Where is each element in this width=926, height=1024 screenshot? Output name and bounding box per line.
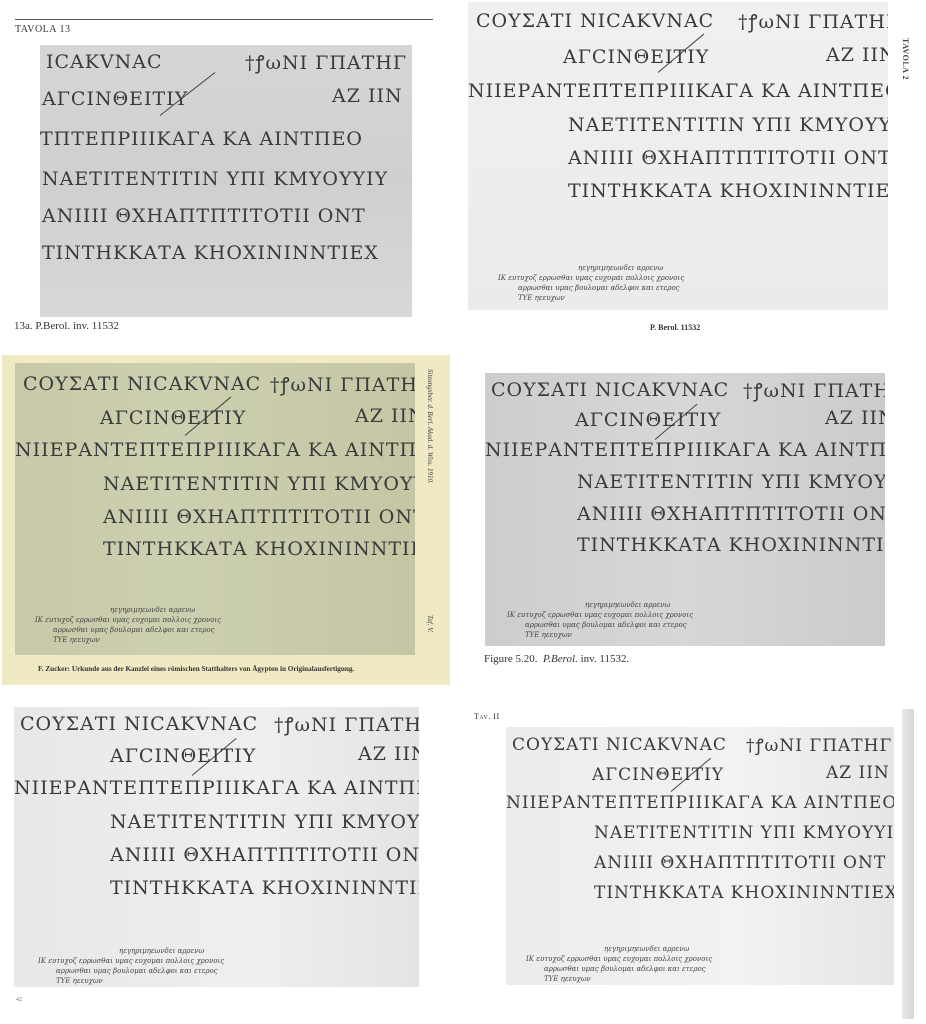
- script-line: ΑΝΙΙΙΙ ΘΧΗΑΠΤΠΤΙΤΟΤΙΙ ΟΝΤ: [594, 853, 886, 873]
- plate-figure-5-20: COΥΣΑΤΙ ΝΙCΑΚVΝΑC †ꝭωΝΙ ΓΠΑΤΗΓ ΑΓCΙΝΘΕΙΤ…: [470, 360, 926, 680]
- script-line: ΑΓCΙΝΘΕΙΤΙΥ: [563, 46, 709, 68]
- plate-page-42: COΥΣΑΤΙ ΝΙCΑΚVΝΑC †ꝭωΝΙ ΓΠΑΤΗΓ ΑΓCΙΝΘΕΙΤ…: [0, 695, 460, 1024]
- header-rule: [15, 19, 433, 20]
- plate-caption: 13a. P.Berol. inv. 11532: [14, 320, 119, 332]
- script-line: ΝΙΙΕΡΑΝΤΕΠΤΕΠΡΙΙΙΚΑΓΑ ΚΑ ΑΙΝΤΠΕΟ: [15, 439, 415, 461]
- script-line: ΤΙΝΤΗΚΚΑΤΑ ΚΗΟΧΙΝΙΝΝΤΙΕΧ: [568, 180, 888, 202]
- cursive-line: ΤΥΕ ηεευχων: [525, 631, 572, 639]
- plate-zucker: COΥΣΑΤΙ ΝΙCΑΚVΝΑC †ꝭωΝΙ ΓΠΑΤΗΓ ΑΓCΙΝΘΕΙΤ…: [2, 355, 450, 685]
- script-line: ICAΚVΝΑC: [46, 51, 163, 73]
- script-line: ΝΑΕΤΙΤΕΝΤΙΤΙΝ ΥΠΙ ΚΜΥΟΥΥΙΥ: [594, 823, 894, 843]
- script-line: ΝΑΕΤΙΤΕΝΤΙΤΙΝ ΥΠΙ ΚΜΥΟΥΥΙΥ: [568, 114, 888, 136]
- figure-collection: P.Berol.: [543, 653, 578, 665]
- plate-tav-ii: Tav. II COΥΣΑΤΙ ΝΙCΑΚVΝΑC †ꝭωΝΙ ΓΠΑΤΗΓ Α…: [462, 695, 926, 1024]
- cursive-line: ΙΚ ευτυχοζ ερρωσθαι υμας ευχομαι πολλοις…: [38, 957, 224, 965]
- script-line: †ꝭωΝΙ ΓΠΑΤΗΓ: [738, 8, 888, 34]
- plate-caption: P. Berol. 11532: [650, 323, 700, 332]
- script-line: COΥΣΑΤΙ ΝΙCΑΚVΝΑC: [491, 379, 729, 401]
- cursive-line: ΙΚ ευτυχοζ ερρωσθαι υμας ευχομαι πολλοις…: [35, 616, 221, 624]
- script-line: COΥΣΑΤΙ ΝΙCΑΚVΝΑC: [476, 10, 714, 32]
- page-number: 42: [16, 997, 22, 1003]
- cursive-line: αρρωσθαι υμας βουλομαι αδελφοι και ετερο…: [53, 626, 215, 634]
- script-line: ΑΝΙΙΙΙ ΘΧΗΑΠΤΠΤΙΤΟΤΙΙ ΟΝΤ: [110, 844, 419, 866]
- script-line: COΥΣΑΤΙ ΝΙCΑΚVΝΑC: [20, 713, 258, 735]
- papyrus-photo: ICAΚVΝΑC †ꝭωΝΙ ΓΠΑΤΗΓ ΑΓCΙΝΘΕΙΤΙΥ ΑΖ ΙΙΝ…: [40, 45, 412, 317]
- script-line: ΑΓCΙΝΘΕΙΤΙΥ: [110, 745, 256, 767]
- figure-number: Figure 5.20.: [484, 653, 537, 665]
- cursive-line: αρρωσθαι υμας βουλομαι αδελφοι και ετερο…: [525, 621, 687, 629]
- side-plate-label: TAVOLA 2: [901, 38, 910, 80]
- script-line: ΤΙΝΤΗΚΚΑΤΑ ΚΗΟΧΙΝΙΝΝΤΙΕΧ: [577, 534, 885, 556]
- cursive-line: αρρωσθαι υμας βουλομαι αδελφοι και ετερο…: [518, 284, 680, 292]
- script-line: ΝΑΕΤΙΤΕΝΤΙΤΙΝ ΥΠΙ ΚΜΥΟΥΥΙΥ: [103, 473, 415, 495]
- script-line: ΑΝΙΙΙΙ ΘΧΗΑΠΤΠΤΙΤΟΤΙΙ ΟΝΤ: [577, 503, 885, 525]
- plate-caption: F. Zucker: Urkunde aus der Kanzlei eines…: [38, 665, 354, 673]
- script-line: †ꝭωΝΙ ΓΠΑΤΗΓ: [274, 711, 419, 737]
- script-line: ΑΖ ΙΙΝ: [826, 763, 890, 783]
- script-line: †ꝭωΝΙ ΓΠΑΤΗΓ: [270, 371, 415, 397]
- cursive-line: ΙΚ ευτυχοζ ερρωσθαι υμας ευχομαι πολλοις…: [498, 274, 684, 282]
- script-line: ΝΙΙΕΡΑΝΤΕΠΤΕΠΡΙΙΙΚΑΓΑ ΚΑ ΑΙΝΤΠΕΟ: [506, 793, 894, 813]
- plate-header-label: TAVOLA 13: [15, 24, 70, 35]
- papyrus-photo: COΥΣΑΤΙ ΝΙCΑΚVΝΑC †ꝭωΝΙ ΓΠΑΤΗΓ ΑΓCΙΝΘΕΙΤ…: [485, 373, 885, 646]
- page-shadow-edge: [902, 709, 914, 1019]
- plate-tavola-2: COΥΣΑΤΙ ΝΙCΑΚVΝΑC †ꝭωΝΙ ΓΠΑΤΗΓ ΑΓCΙΝΘΕΙΤ…: [462, 0, 926, 345]
- script-line: ΑΓCΙΝΘΕΙΤΙΥ: [42, 88, 188, 110]
- cursive-line: ΙΚ ευτυχοζ ερρωσθαι υμας ευχομαι πολλοις…: [526, 955, 712, 963]
- cursive-line: ΤΥΕ ηεευχων: [56, 977, 103, 985]
- cursive-line: αρρωσθαι υμας βουλομαι αδελφοι και ετερο…: [56, 967, 218, 975]
- script-line: ΑΖ ΙΙΝ: [332, 85, 403, 107]
- script-line: ΑΖ ΙΙΝ: [358, 743, 419, 765]
- plate-tavola-13: TAVOLA 13 ICAΚVΝΑC †ꝭωΝΙ ΓΠΑΤΗΓ ΑΓCΙΝΘΕΙ…: [0, 0, 450, 345]
- journal-side-caption: Sitzungsber. d. Berl. Akad. d. Wiss. 191…: [426, 369, 434, 484]
- script-line: ΑΓCΙΝΘΕΙΤΙΥ: [100, 407, 246, 429]
- script-line: ΑΝΙΙΙΙ ΘΧΗΑΠΤΠΤΙΤΟΤΙΙ ΟΝΤ: [103, 506, 415, 528]
- script-line: COΥΣΑΤΙ ΝΙCΑΚVΝΑC: [23, 373, 261, 395]
- cursive-line: ηεγηριμηεωνδει αρρενω: [604, 945, 689, 953]
- script-line: ΤΙΝΤΗΚΚΑΤΑ ΚΗΟΧΙΝΙΝΝΤΙΕΧ: [42, 242, 379, 264]
- cursive-line: ΤΥΕ ηεευχων: [53, 636, 100, 644]
- papyrus-photo: COΥΣΑΤΙ ΝΙCΑΚVΝΑC †ꝭωΝΙ ΓΠΑΤΗΓ ΑΓCΙΝΘΕΙΤ…: [14, 707, 419, 987]
- script-line: ΝΑΕΤΙΤΕΝΤΙΤΙΝ ΥΠΙ ΚΜΥΟΥΥΙΥ: [110, 811, 419, 833]
- cursive-line: ΤΥΕ ηεευχων: [544, 975, 591, 983]
- script-line: ΑΖ ΙΙΝ: [825, 407, 885, 429]
- papyrus-photo: COΥΣΑΤΙ ΝΙCΑΚVΝΑC †ꝭωΝΙ ΓΠΑΤΗΓ ΑΓCΙΝΘΕΙΤ…: [15, 363, 415, 655]
- cursive-line: ΤΥΕ ηεευχων: [518, 294, 565, 302]
- script-line: ΑΖ ΙΙΝ: [826, 44, 888, 66]
- script-line: ΑΓCΙΝΘΕΙΤΙΥ: [575, 409, 721, 431]
- script-line: ΑΓCΙΝΘΕΙΤΙΥ: [592, 765, 724, 785]
- papyrus-photo: COΥΣΑΤΙ ΝΙCΑΚVΝΑC †ꝭωΝΙ ΓΠΑΤΗΓ ΑΓCΙΝΘΕΙΤ…: [468, 2, 888, 310]
- script-line: ΤΠΤΕΠΡΙΙΙΚΑΓΑ ΚΑ ΑΙΝΤΠΕΟ: [40, 128, 363, 150]
- cursive-line: ηεγηριμηεωνδει αρρενω: [110, 606, 195, 614]
- script-line: †ꝭωΝΙ ΓΠΑΤΗΓ: [746, 733, 892, 756]
- script-line: ΝΙΙΕΡΑΝΤΕΠΤΕΠΡΙΙΙΚΑΓΑ ΚΑ ΑΙΝΤΠΕΟ: [14, 777, 419, 799]
- figure-caption: Figure 5.20. P.Berol. inv. 11532.: [484, 653, 629, 665]
- cursive-line: ηεγηριμηεωνδει αρρενω: [585, 601, 670, 609]
- plate-header-label: Tav. II: [474, 712, 500, 721]
- script-line: ΝΙΙΕΡΑΝΤΕΠΤΕΠΡΙΙΙΚΑΓΑ ΚΑ ΑΙΝΤΠΕΟ: [468, 80, 888, 102]
- script-line: ΤΙΝΤΗΚΚΑΤΑ ΚΗΟΧΙΝΙΝΝΤΙΕΧ: [110, 877, 419, 899]
- script-line: ΝΑΕΤΙΤΕΝΤΙΤΙΝ ΥΠΙ ΚΜΥΟΥΥΙΥ: [577, 471, 885, 493]
- script-line: †ꝭωΝΙ ΓΠΑΤΗΓ: [743, 377, 885, 403]
- papyrus-photo: COΥΣΑΤΙ ΝΙCΑΚVΝΑC †ꝭωΝΙ ΓΠΑΤΗΓ ΑΓCΙΝΘΕΙΤ…: [506, 727, 894, 985]
- script-line: ΤΙΝΤΗΚΚΑΤΑ ΚΗΟΧΙΝΙΝΝΤΙΕΧ: [594, 883, 894, 903]
- script-line: ΑΝΙΙΙΙ ΘΧΗΑΠΤΠΤΙΤΟΤΙΙ ΟΝΤ: [568, 147, 888, 169]
- figure-inventory: inv. 11532.: [581, 653, 630, 665]
- script-line: ΤΙΝΤΗΚΚΑΤΑ ΚΗΟΧΙΝΙΝΝΤΙΕΧ: [103, 538, 415, 560]
- script-line: ΝΙΙΕΡΑΝΤΕΠΤΕΠΡΙΙΙΚΑΓΑ ΚΑ ΑΙΝΤΠΕΟ: [485, 439, 885, 461]
- script-line: COΥΣΑΤΙ ΝΙCΑΚVΝΑC: [512, 735, 727, 755]
- cursive-line: ηεγηριμηεωνδει αρρενω: [578, 264, 663, 272]
- script-line: ΑΖ ΙΙΝ: [355, 405, 415, 427]
- script-line: ΝΑΕΤΙΤΕΝΤΙΤΙΝ ΥΠΙ ΚΜΥΟΥΥΙΥ: [42, 168, 388, 190]
- script-line: ΑΝΙΙΙΙ ΘΧΗΑΠΤΠΤΙΤΟΤΙΙ ΟΝΤ: [42, 205, 366, 227]
- cursive-line: ΙΚ ευτυχοζ ερρωσθαι υμας ευχομαι πολλοις…: [507, 611, 693, 619]
- cursive-line: ηεγηριμηεωνδει αρρενω: [119, 947, 204, 955]
- plate-number-label: Taf. V.: [426, 615, 434, 632]
- script-line: †ꝭωΝΙ ΓΠΑΤΗΓ: [245, 49, 407, 75]
- cursive-line: αρρωσθαι υμας βουλομαι αδελφοι και ετερο…: [544, 965, 706, 973]
